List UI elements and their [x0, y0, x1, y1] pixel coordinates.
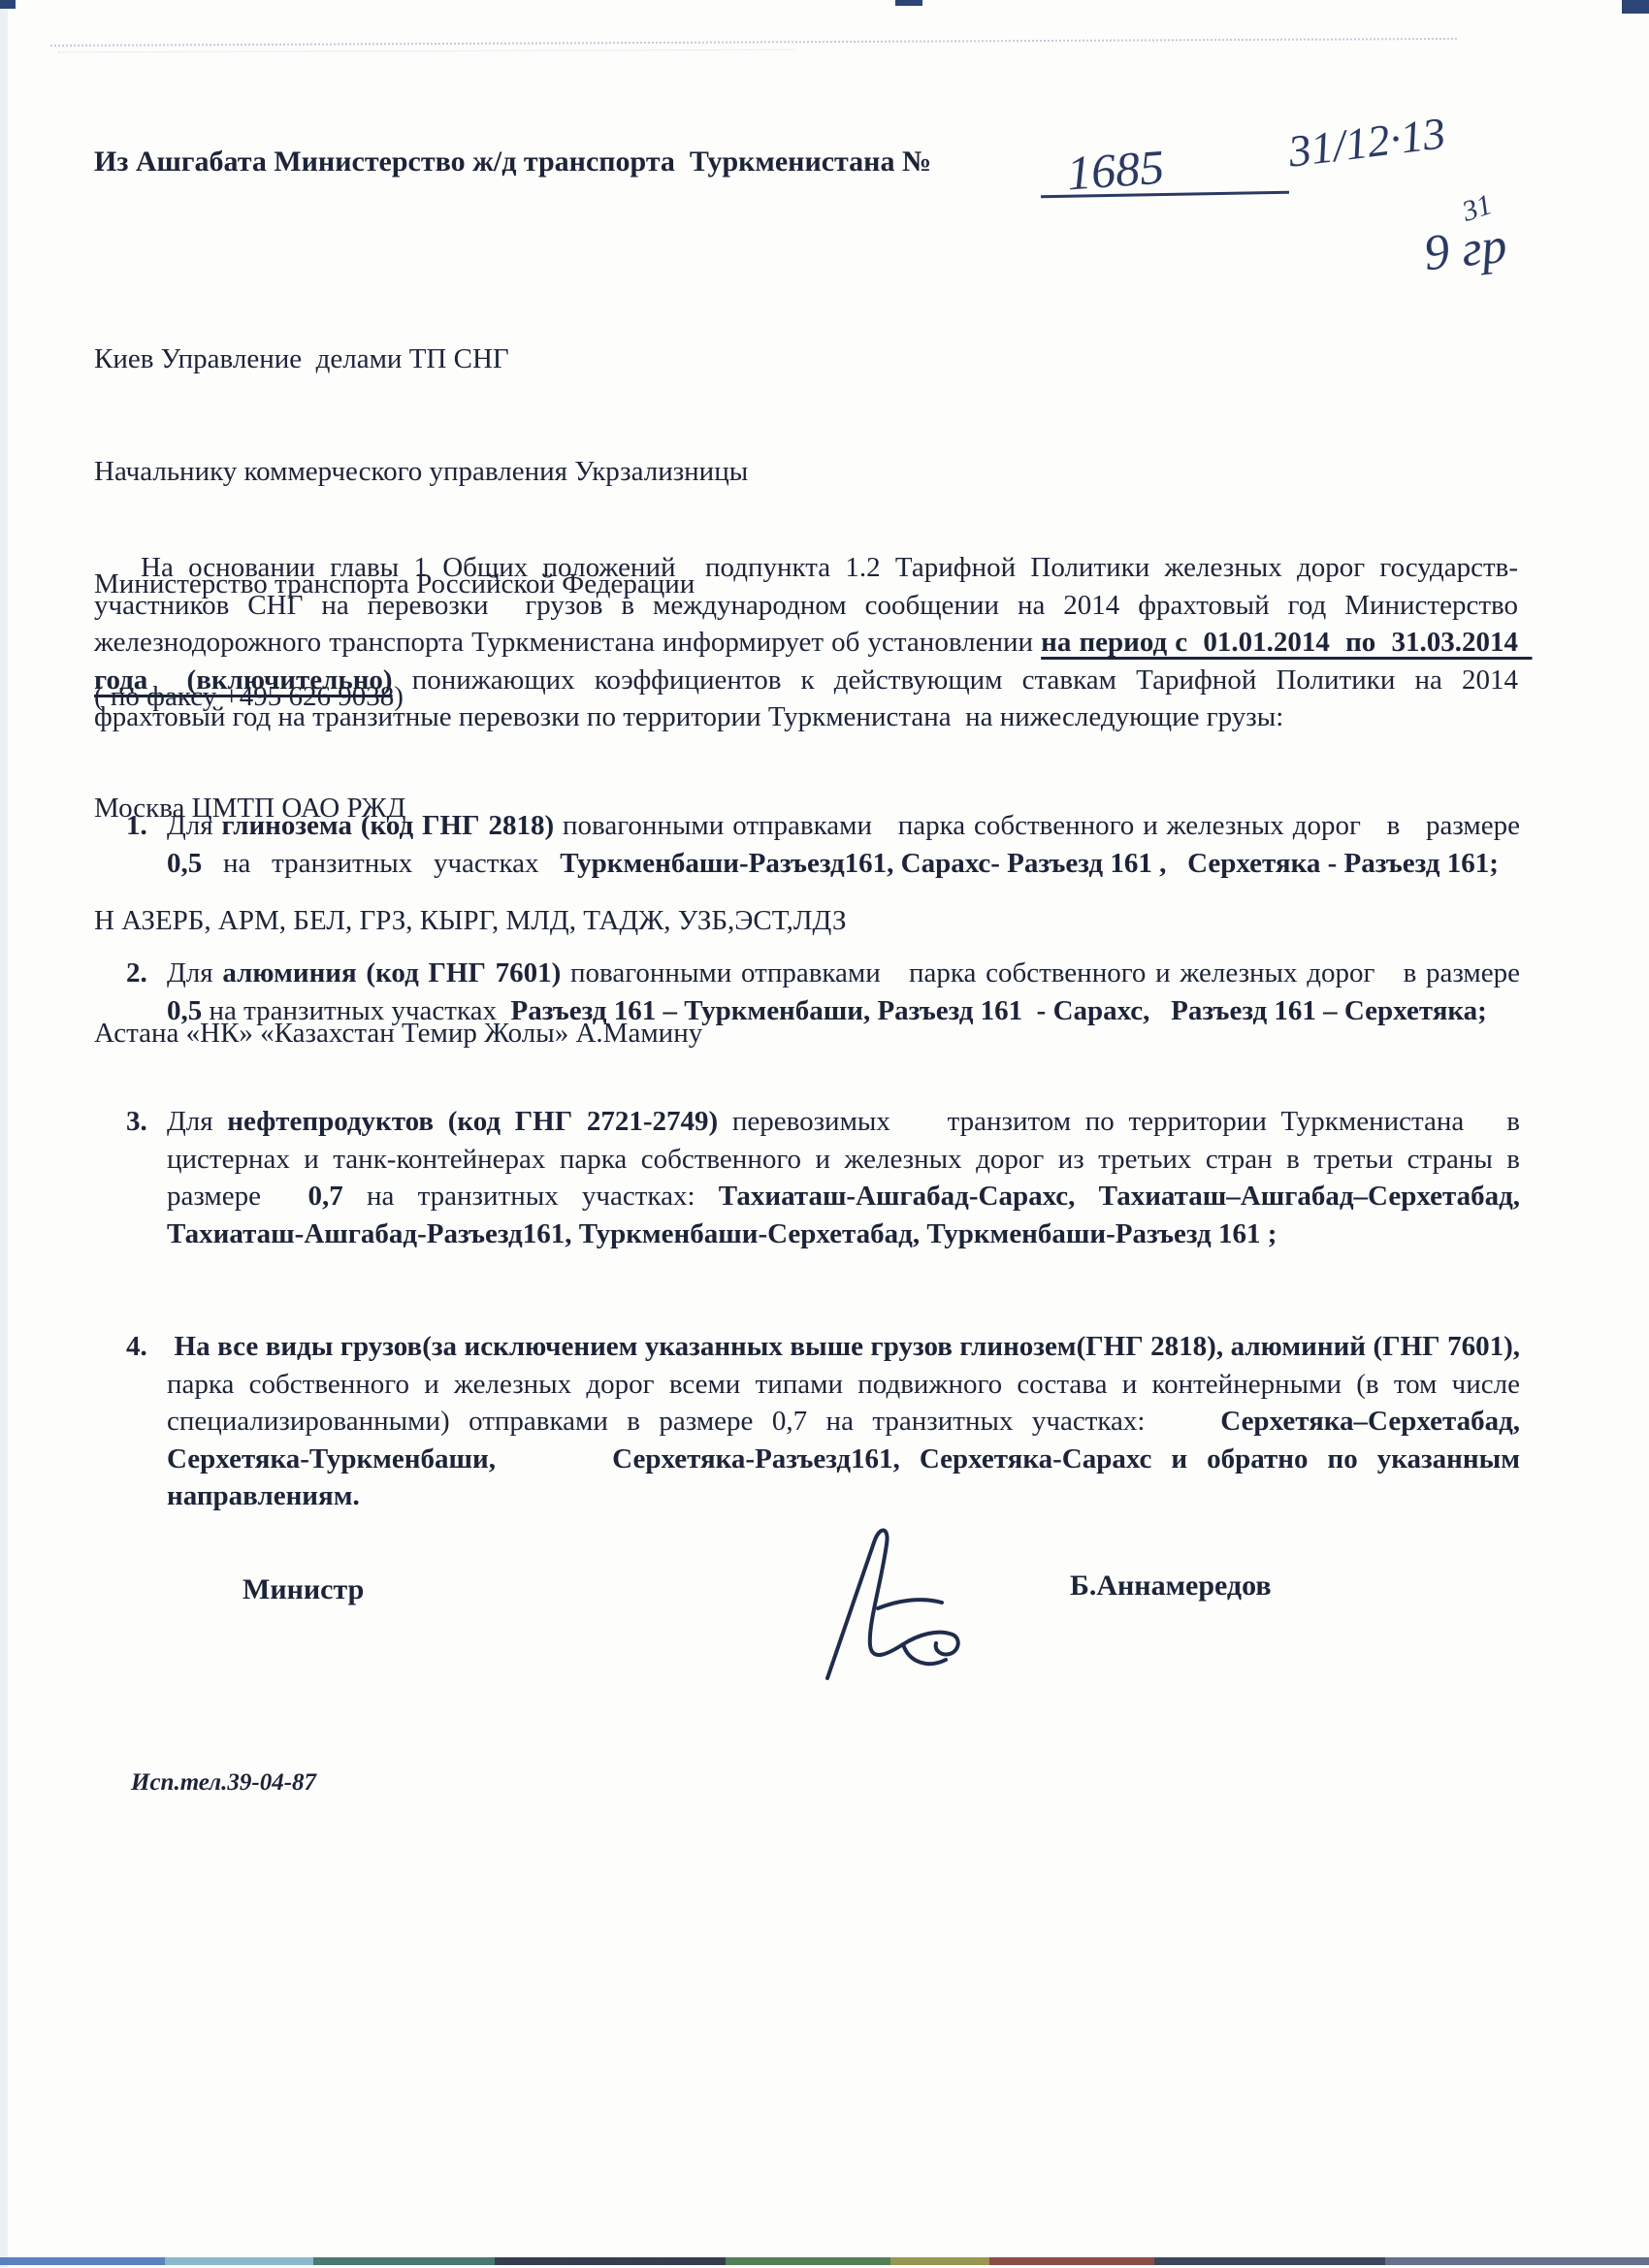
signature-name: Б.Аннамередов — [1070, 1570, 1272, 1603]
list-item-4: 4. На все виды грузов(за исключением ука… — [126, 1328, 1520, 1515]
scan-bottom-color-strip — [0, 2257, 1649, 2265]
item-text: на транзитных участках: — [343, 1181, 719, 1212]
header-origin-line: Из Ашгабата Министерство ж/д транспорта … — [94, 146, 931, 178]
scan-dotted-line-faint — [58, 49, 795, 53]
item-text: повагонными отправками парка собственног… — [561, 957, 1527, 988]
intro-paragraph: На основании главы 1 Общих положений под… — [94, 549, 1518, 736]
scan-dotted-line — [50, 38, 1457, 47]
item-text — [167, 1331, 175, 1362]
item-text: повагонными отправками парка собственног… — [554, 810, 1541, 841]
list-item-1: 1.Для глинозема (код ГНГ 2818) повагонны… — [126, 807, 1520, 882]
list-item-2: 2.Для алюминия (код ГНГ 7601) повагонным… — [126, 955, 1520, 1029]
signature-scribble — [820, 1515, 985, 1685]
item-routes-bold: Туркменбаши-Разъезд161, Сарахс- Разъезд … — [560, 848, 1499, 879]
scan-corner-mark-top-left — [0, 0, 16, 9]
recipient-line: Киев Управление делами ТП СНГ — [94, 340, 847, 378]
list-item-number: 3. — [126, 1103, 147, 1141]
item-coefficient-bold: 0,7 — [308, 1181, 343, 1212]
item-text: Для — [167, 810, 222, 841]
item-cargo-bold: На все виды грузов(за исключением указан… — [175, 1331, 1521, 1362]
signature-title: Министр — [242, 1573, 364, 1606]
item-cargo-bold: алюминия (код ГНГ 7601) — [222, 957, 561, 988]
handwritten-note-bottom: 9 гр — [1421, 217, 1509, 283]
item-coefficient-bold: 0,5 — [167, 995, 202, 1026]
item-routes-bold: Разъезд 161 – Туркменбаши, Разъезд 161 -… — [511, 995, 1487, 1026]
recipient-line: Н АЗЕРБ, АРМ, БЕЛ, ГРЗ, КЫРГ, МЛД, ТАДЖ,… — [94, 902, 847, 940]
item-text: на транзитных участках — [202, 848, 560, 879]
list-item-number: 4. — [126, 1328, 147, 1366]
handwritten-document-number: 1685 — [1065, 139, 1166, 202]
item-cargo-bold: глинозема (код ГНГ 2818) — [222, 810, 555, 841]
list-item-3: 3.Для нефтепродуктов (код ГНГ 2721-2749)… — [126, 1103, 1520, 1252]
item-coefficient-bold: 0,5 — [167, 848, 202, 879]
executor-phone-note: Исп.тел.39-04-87 — [131, 1769, 316, 1797]
item-text: Для — [167, 1106, 227, 1137]
scan-edge-mark-top-middle — [895, 0, 922, 6]
scanned-letter-page: { "document": { "header": { "origin_line… — [0, 0, 1649, 2268]
scan-corner-mark-top-right — [1622, 0, 1649, 14]
list-item-number: 2. — [126, 955, 147, 992]
item-cargo-bold: нефтепродуктов (код ГНГ 2721-2749) — [227, 1106, 718, 1137]
scan-left-edge-tint — [0, 0, 8, 2268]
recipient-line: Начальнику коммерческого управления Укрз… — [94, 453, 847, 491]
item-text: Для — [167, 957, 222, 988]
handwritten-date: 31/12·13 — [1285, 107, 1448, 177]
list-item-number: 1. — [126, 807, 147, 845]
item-text: на транзитных участках — [202, 995, 510, 1026]
